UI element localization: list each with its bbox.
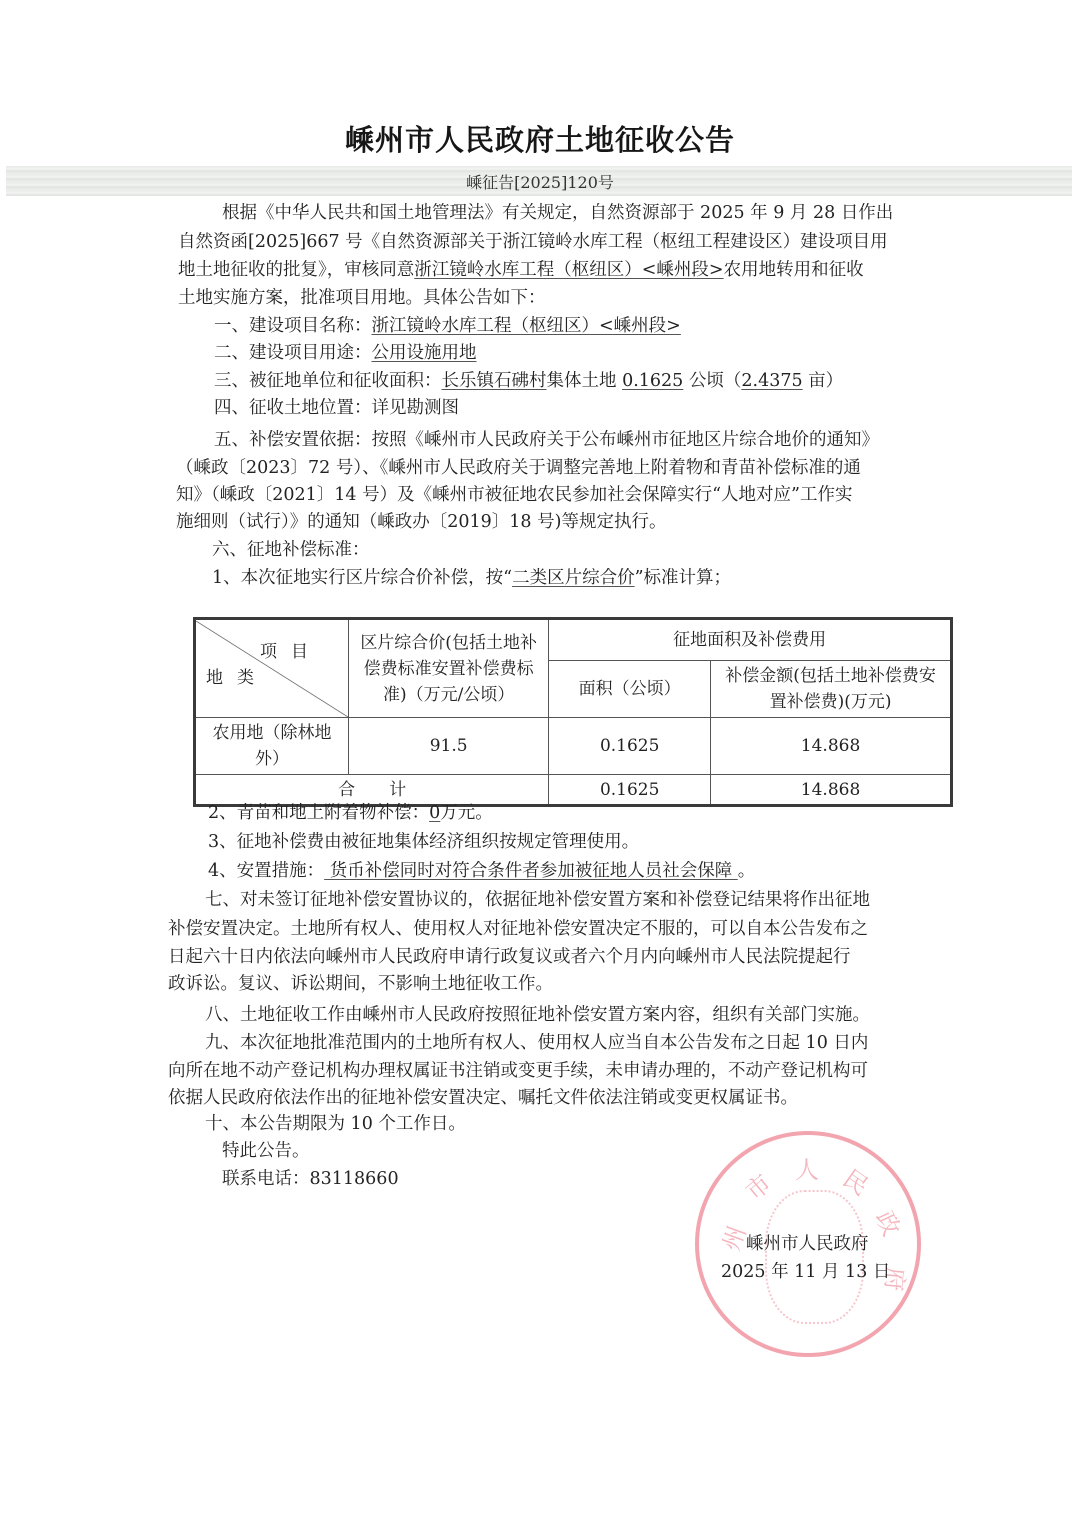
corner-label-item: 项目: [260, 639, 322, 665]
item-nine-line-1: 九、本次征地批准范围内的土地所有权人、使用权人应当自本公告发布之日起 10 日内: [205, 1032, 868, 1054]
notice-title: 嵊州市人民政府土地征收公告: [0, 118, 1080, 159]
document-number: 嵊征告[2025]120号: [0, 170, 1080, 193]
item-eight: 八、土地征收工作由嵊州市人民政府按照征地补偿安置方案内容，组织有关部门实施。: [205, 1004, 870, 1026]
item-seven-line-1: 七、对未签订征地补偿安置协议的，依据征地补偿安置方案和补偿登记结果将作出征地: [205, 889, 870, 911]
item-two: 二、建设项目用途：公用设施用地: [214, 342, 477, 364]
item-six-4: 4、安置措施： 货币补偿同时对符合条件者参加被征地人员社会保障 。: [208, 860, 755, 882]
item-nine-line-3: 依据人民政府依法作出的征地补偿安置决定、嘱托文件依法注销或变更权属证书。: [168, 1087, 798, 1109]
header-group: 征地面积及补偿费用: [549, 619, 952, 661]
total-amount: 14.868: [711, 775, 952, 806]
total-area: 0.1625: [549, 775, 711, 806]
intro-line-4: 土地实施方案，批准项目用地。具体公告如下：: [178, 287, 546, 309]
cell-landtype: 农用地（除林地外）: [195, 718, 349, 775]
item-six-3: 3、征地补偿费由被征地集体经济组织按规定管理使用。: [208, 831, 639, 853]
contact-phone: 联系电话：83118660: [222, 1168, 399, 1190]
header-area: 面积（公顷）: [549, 661, 711, 718]
project-name-underlined: 浙江镜岭水库工程（枢纽区）<嵊州段>: [414, 260, 723, 280]
header-amount: 补偿金额(包括土地补偿费安置补偿费)(万元): [711, 661, 952, 718]
corner-label-landtype: 地类: [206, 665, 268, 691]
item-six-1: 1、本次征地实行区片综合价补偿，按“二类区片综合价”标准计算；: [212, 567, 731, 589]
item-seven-line-2: 补偿安置决定。土地所有权人、使用权人对征地补偿安置决定不服的，可以自本公告发布之: [168, 918, 868, 940]
item-four: 四、征收土地位置：详见勘测图: [214, 397, 459, 419]
cell-amount: 14.868: [711, 718, 952, 775]
seal-glyph: 人: [795, 1150, 819, 1185]
corner-header-cell: 项目 地类: [195, 619, 349, 718]
item-nine-line-2: 向所在地不动产登记机构办理权属证书注销或变更手续，未申请办理的，不动产登记机构可: [168, 1060, 868, 1082]
issuer-name: 嵊州市人民政府: [746, 1230, 869, 1255]
intro-line-2: 自然资函[2025]667 号《自然资源部关于浙江镜岭水库工程（枢纽工程建设区）…: [178, 231, 888, 253]
issue-date: 2025 年 11 月 13 日: [721, 1258, 890, 1283]
intro-line-3: 地土地征收的批复》，审核同意浙江镜岭水库工程（枢纽区）<嵊州段>农用地转用和征收: [178, 259, 864, 281]
item-five-line-2: （嵊政〔2023〕72 号）、《嵊州市人民政府关于调整完善地上附着物和青苗补偿标…: [176, 457, 861, 479]
closing-text: 特此公告。: [222, 1140, 310, 1162]
item-five-line-4: 施细则（试行）》的通知（嵊政办〔2019〕18 号)等规定执行。: [176, 511, 666, 533]
item-six: 六、征地补偿标准：: [212, 539, 370, 561]
item-five-line-1: 五、补偿安置依据：按照《嵊州市人民政府关于公布嵊州市征地区片综合地价的通知》: [214, 429, 879, 451]
item-one: 一、建设项目名称：浙江镜岭水库工程（枢纽区）<嵊州段>: [214, 315, 681, 337]
total-label: 合 计: [195, 775, 549, 806]
seal-emblem-icon: [765, 1190, 864, 1324]
compensation-table: 项目 地类 区片综合价(包括土地补偿费标准安置补偿费标准)（万元/公顷） 征地面…: [193, 617, 953, 807]
item-seven-line-4: 政诉讼。复议、诉讼期间，不影响土地征收工作。: [168, 973, 553, 995]
cell-price: 91.5: [349, 718, 549, 775]
header-price: 区片综合价(包括土地补偿费标准安置补偿费标准)（万元/公顷）: [349, 619, 549, 718]
cell-area: 0.1625: [549, 718, 711, 775]
item-seven-line-3: 日起六十日内依法向嵊州市人民政府申请行政复议或者六个月内向嵊州市人民法院提起行: [168, 946, 851, 968]
item-five-line-3: 知》（嵊政〔2021〕14 号）及《嵊州市被征地农民参加社会保障实行“人地对应”…: [176, 484, 853, 506]
item-six-2: 2、青苗和地上附着物补偿：0万元。: [208, 802, 493, 824]
item-ten: 十、本公告期限为 10 个工作日。: [205, 1113, 466, 1135]
table-row: 农用地（除林地外） 91.5 0.1625 14.868: [195, 718, 952, 775]
total-row: 合 计 0.1625 14.868: [195, 775, 952, 806]
item-three: 三、被征地单位和征收面积：长乐镇石砩村集体土地 0.1625 公顷（2.4375…: [214, 370, 843, 392]
intro-line-1: 根据《中华人民共和国土地管理法》有关规定，自然资源部于 2025 年 9 月 2…: [222, 202, 893, 224]
